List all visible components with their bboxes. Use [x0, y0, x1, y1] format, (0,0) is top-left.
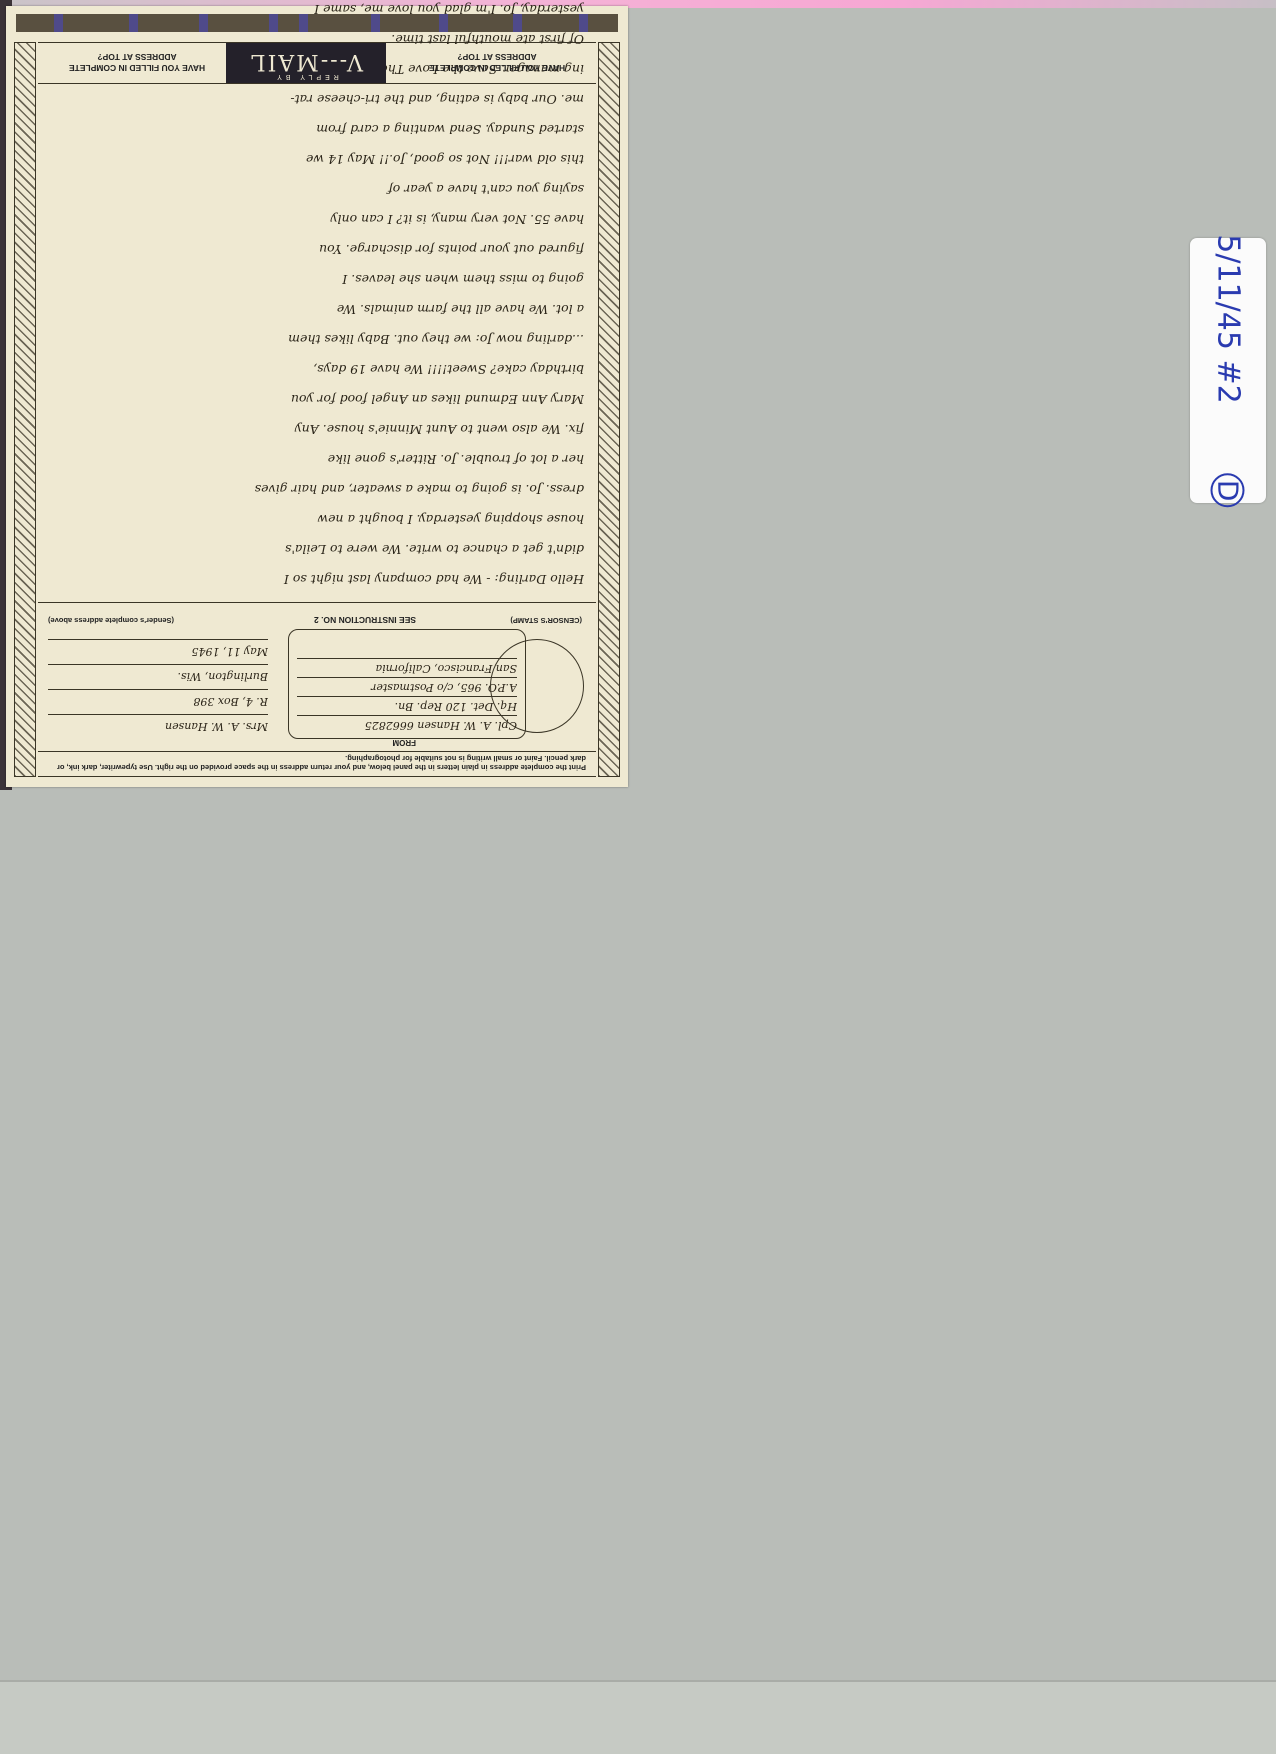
from-line: Burlington, Wis. [48, 664, 268, 689]
handwritten-line: figured out your points for discharge. Y… [50, 234, 584, 264]
vmail-letter-sheet: Print the complete address in plain lett… [6, 6, 628, 787]
handwritten-line: started Sunday. Send wanting a card from [50, 114, 584, 144]
form-instructions: Print the complete address in plain lett… [38, 751, 596, 776]
handwritten-line: yesterday, Jo. I'm glad you love me, sam… [50, 0, 584, 24]
to-address-line: Cpl. A. W. Hansen 6662825 [297, 715, 517, 734]
to-address-line: San Francisco, California [297, 658, 517, 677]
handwritten-line: have 55. Not very many, is it? I can onl… [50, 204, 584, 234]
handwritten-line: didn't get a chance to write. We were to… [50, 534, 584, 564]
vmail-logo: REPLY BY V---MAIL [226, 43, 386, 83]
address-reminder-right: HAVE YOU FILLED IN COMPLETE ADDRESS AT T… [52, 52, 222, 73]
label-handwriting: 5/11/45 #2 D [1211, 234, 1246, 507]
handwritten-line: a lot. We have all the farm animals. We [50, 294, 584, 324]
scanner-bed-edge [0, 1680, 1276, 1754]
handwritten-line: house shopping yesterday. I bought a new [50, 504, 584, 534]
address-reminder-left: HAVE YOU FILLED IN COMPLETE ADDRESS AT T… [412, 52, 582, 73]
handwritten-line: dress. Jo. is going to make a sweater, a… [50, 474, 584, 504]
handwritten-line: fix. We also went to Aunt Minnie's house… [50, 414, 584, 444]
label-date-reference: 5/11/45 #2 [1211, 234, 1246, 403]
hatched-border-left [598, 42, 620, 777]
handwritten-line: her a lot of trouble. Jo. Ritter's gone … [50, 444, 584, 474]
handwritten-line: birthday cake? Sweet!!!! We have 19 days… [50, 354, 584, 384]
address-panel: Mrs. A. W. Hansen R. 4, Box 398 Burlingt… [38, 602, 596, 751]
sender-address-note: (Sender's complete address above) [48, 616, 174, 625]
handwritten-line: me. Our baby is eating, and the tri-chee… [50, 84, 584, 114]
censor-stamp-label: (CENSOR'S STAMP) [510, 616, 582, 625]
handwritten-line: this old war!!! Not so good, Jo.!! May 1… [50, 144, 584, 174]
see-instruction-label: SEE INSTRUCTION NO. 2 [314, 615, 416, 625]
vmail-brand: V---MAIL [226, 49, 386, 73]
vmail-header: HAVE YOU FILLED IN COMPLETE ADDRESS AT T… [38, 43, 596, 84]
form-content: Print the complete address in plain lett… [38, 42, 596, 777]
letter-body: Hello Darling: - We had company last nig… [38, 0, 596, 602]
to-address-line: A.P.O. 965, c/o Postmaster [297, 677, 517, 696]
reply-by-label: REPLY BY [226, 73, 386, 83]
handwritten-line: Mary Ann Edmund likes an Angel food for … [50, 384, 584, 414]
from-label: FROM [392, 738, 416, 747]
to-address-line: Hq. Det. 120 Rep. Bn. [297, 696, 517, 715]
date-line: May 11, 1945 [48, 639, 268, 664]
censor-stamp-circle [490, 639, 584, 733]
from-line: R. 4, Box 398 [48, 689, 268, 714]
handwritten-line: Hello Darling: - We had company last nig… [50, 564, 584, 594]
from-address-block: Mrs. A. W. Hansen R. 4, Box 398 Burlingt… [48, 639, 268, 739]
handwritten-line: saying you can't have a year of [50, 174, 584, 204]
archive-label-note: 5/11/45 #2 D [1190, 238, 1266, 503]
from-line: Mrs. A. W. Hansen [48, 714, 268, 739]
hatched-border-right [14, 42, 36, 777]
form-frame: Print the complete address in plain lett… [14, 42, 620, 777]
handwritten-line: ...darling now Jo: we they out. Baby lik… [50, 324, 584, 354]
handwritten-line: going to miss them when she leaves. I [50, 264, 584, 294]
label-letter-code: D [1211, 473, 1245, 507]
